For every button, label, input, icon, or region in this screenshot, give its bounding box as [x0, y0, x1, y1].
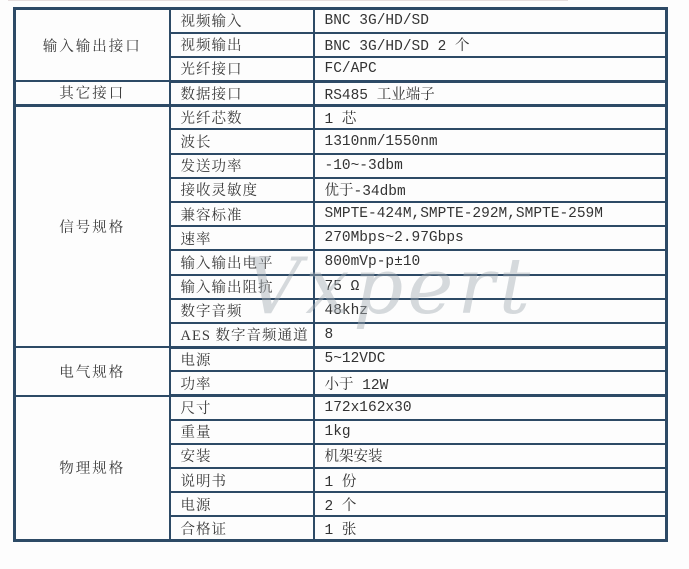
- value-cell: FC/APC: [314, 57, 667, 81]
- param-cell: 功率: [170, 371, 314, 395]
- category-cell: 输入输出接口: [15, 9, 170, 82]
- param-cell: 电源: [170, 347, 314, 371]
- value-cell: 172x162x30: [314, 396, 667, 420]
- param-cell: AES 数字音频通道: [170, 323, 314, 347]
- param-cell: 视频输入: [170, 9, 314, 33]
- spec-table: 输入输出接口 视频输入 BNC 3G/HD/SD 视频输出 BNC 3G/HD/…: [13, 7, 668, 542]
- param-cell: 视频输出: [170, 33, 314, 57]
- value-cell: 270Mbps~2.97Gbps: [314, 226, 667, 250]
- table-row: 其它接口 数据接口 RS485 工业端子: [15, 81, 667, 105]
- value-cell: 1 张: [314, 516, 667, 540]
- value-cell: 机架安装: [314, 444, 667, 468]
- param-cell: 兼容标准: [170, 202, 314, 226]
- value-cell: SMPTE-424M,SMPTE-292M,SMPTE-259M: [314, 202, 667, 226]
- value-cell: RS485 工业端子: [314, 81, 667, 105]
- param-cell: 光纤接口: [170, 57, 314, 81]
- value-cell: 2 个: [314, 492, 667, 516]
- value-cell: BNC 3G/HD/SD 2 个: [314, 33, 667, 57]
- param-cell: 说明书: [170, 468, 314, 492]
- param-cell: 波长: [170, 129, 314, 153]
- param-cell: 电源: [170, 492, 314, 516]
- value-cell: 优于-34dbm: [314, 178, 667, 202]
- value-cell: BNC 3G/HD/SD: [314, 9, 667, 33]
- value-cell: 小于 12W: [314, 371, 667, 395]
- value-cell: 1kg: [314, 420, 667, 444]
- param-cell: 数据接口: [170, 81, 314, 105]
- page-background: 输入输出接口 视频输入 BNC 3G/HD/SD 视频输出 BNC 3G/HD/…: [0, 0, 689, 569]
- value-cell: 1 份: [314, 468, 667, 492]
- value-cell: 75 Ω: [314, 275, 667, 299]
- table-row: 电气规格 电源 5~12VDC: [15, 347, 667, 371]
- table-row: 物理规格 尺寸 172x162x30: [15, 396, 667, 420]
- top-edge-line: [8, 0, 568, 1]
- value-cell: 1 芯: [314, 105, 667, 129]
- value-cell: -10~-3dbm: [314, 154, 667, 178]
- param-cell: 速率: [170, 226, 314, 250]
- param-cell: 输入输出阻抗: [170, 275, 314, 299]
- value-cell: 8: [314, 323, 667, 347]
- param-cell: 接收灵敏度: [170, 178, 314, 202]
- param-cell: 光纤芯数: [170, 105, 314, 129]
- table-row: 信号规格 光纤芯数 1 芯: [15, 105, 667, 129]
- category-cell: 其它接口: [15, 81, 170, 105]
- value-cell: 1310nm/1550nm: [314, 129, 667, 153]
- table-row: 输入输出接口 视频输入 BNC 3G/HD/SD: [15, 9, 667, 33]
- value-cell: 48khz: [314, 299, 667, 323]
- param-cell: 重量: [170, 420, 314, 444]
- category-cell: 电气规格: [15, 347, 170, 395]
- param-cell: 发送功率: [170, 154, 314, 178]
- category-cell: 信号规格: [15, 105, 170, 347]
- param-cell: 安装: [170, 444, 314, 468]
- param-cell: 合格证: [170, 516, 314, 540]
- category-cell: 物理规格: [15, 396, 170, 541]
- value-cell: 5~12VDC: [314, 347, 667, 371]
- param-cell: 尺寸: [170, 396, 314, 420]
- value-cell: 800mVp-p±10: [314, 250, 667, 274]
- param-cell: 输入输出电平: [170, 250, 314, 274]
- param-cell: 数字音频: [170, 299, 314, 323]
